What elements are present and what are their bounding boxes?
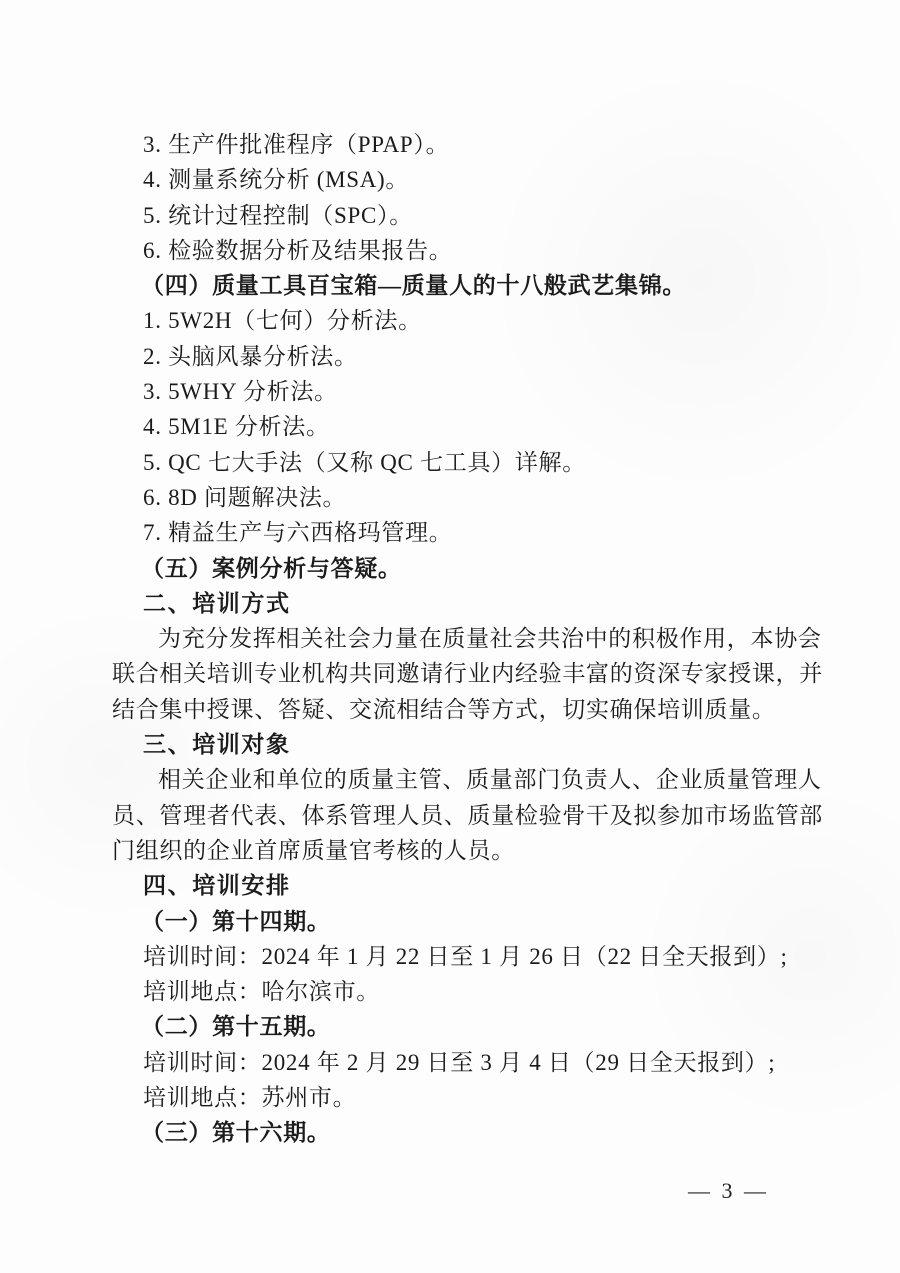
text-line: 6. 8D 问题解决法。 xyxy=(112,480,834,515)
text-line: 为充分发挥相关社会力量在质量社会共治中的积极作用，本协会 xyxy=(112,621,834,656)
text-line: 四、培训安排 xyxy=(112,868,834,903)
text-line: 培训地点：哈尔滨市。 xyxy=(112,974,834,1009)
text-line: 5. QC 七大手法（又称 QC 七工具）详解。 xyxy=(112,445,834,480)
text-line: 6. 检验数据分析及结果报告。 xyxy=(112,233,834,268)
text-line: 3. 5WHY 分析法。 xyxy=(112,374,834,409)
text-line: 4. 5M1E 分析法。 xyxy=(112,409,834,444)
text-line: 1. 5W2H（七何）分析法。 xyxy=(112,303,834,338)
document-page: 3. 生产件批准程序（PPAP）。4. 测量系统分析 (MSA)。5. 统计过程… xyxy=(0,0,900,1273)
text-line: 培训时间：2024 年 1 月 22 日至 1 月 26 日（22 日全天报到）… xyxy=(112,939,834,974)
text-line: 培训地点：苏州市。 xyxy=(112,1080,834,1115)
text-line: 门组织的企业首席质量官考核的人员。 xyxy=(112,833,834,868)
text-line: 员、管理者代表、体系管理人员、质量检验骨干及拟参加市场监管部 xyxy=(112,798,834,833)
text-line: 培训时间：2024 年 2 月 29 日至 3 月 4 日（29 日全天报到）; xyxy=(112,1045,834,1080)
text-line: 4. 测量系统分析 (MSA)。 xyxy=(112,162,834,197)
document-content: 3. 生产件批准程序（PPAP）。4. 测量系统分析 (MSA)。5. 统计过程… xyxy=(112,127,834,1151)
text-line: 5. 统计过程控制（SPC）。 xyxy=(112,198,834,233)
text-line: 相关企业和单位的质量主管、质量部门负责人、企业质量管理人 xyxy=(112,762,834,797)
text-line: （四）质量工具百宝箱—质量人的十八般武艺集锦。 xyxy=(112,268,834,303)
text-line: 二、培训方式 xyxy=(112,586,834,621)
text-line: 三、培训对象 xyxy=(112,727,834,762)
text-line: 3. 生产件批准程序（PPAP）。 xyxy=(112,127,834,162)
text-line: 2. 头脑风暴分析法。 xyxy=(112,339,834,374)
text-line: 联合相关培训专业机构共同邀请行业内经验丰富的资深专家授课，并 xyxy=(112,656,834,691)
page-number: — 3 — xyxy=(688,1178,769,1204)
text-line: （一）第十四期。 xyxy=(112,904,834,939)
text-line: 结合集中授课、答疑、交流相结合等方式，切实确保培训质量。 xyxy=(112,692,834,727)
text-line: （三）第十六期。 xyxy=(112,1115,834,1150)
text-line: 7. 精益生产与六西格玛管理。 xyxy=(112,515,834,550)
text-line: （五）案例分析与答疑。 xyxy=(112,551,834,586)
text-line: （二）第十五期。 xyxy=(112,1009,834,1044)
